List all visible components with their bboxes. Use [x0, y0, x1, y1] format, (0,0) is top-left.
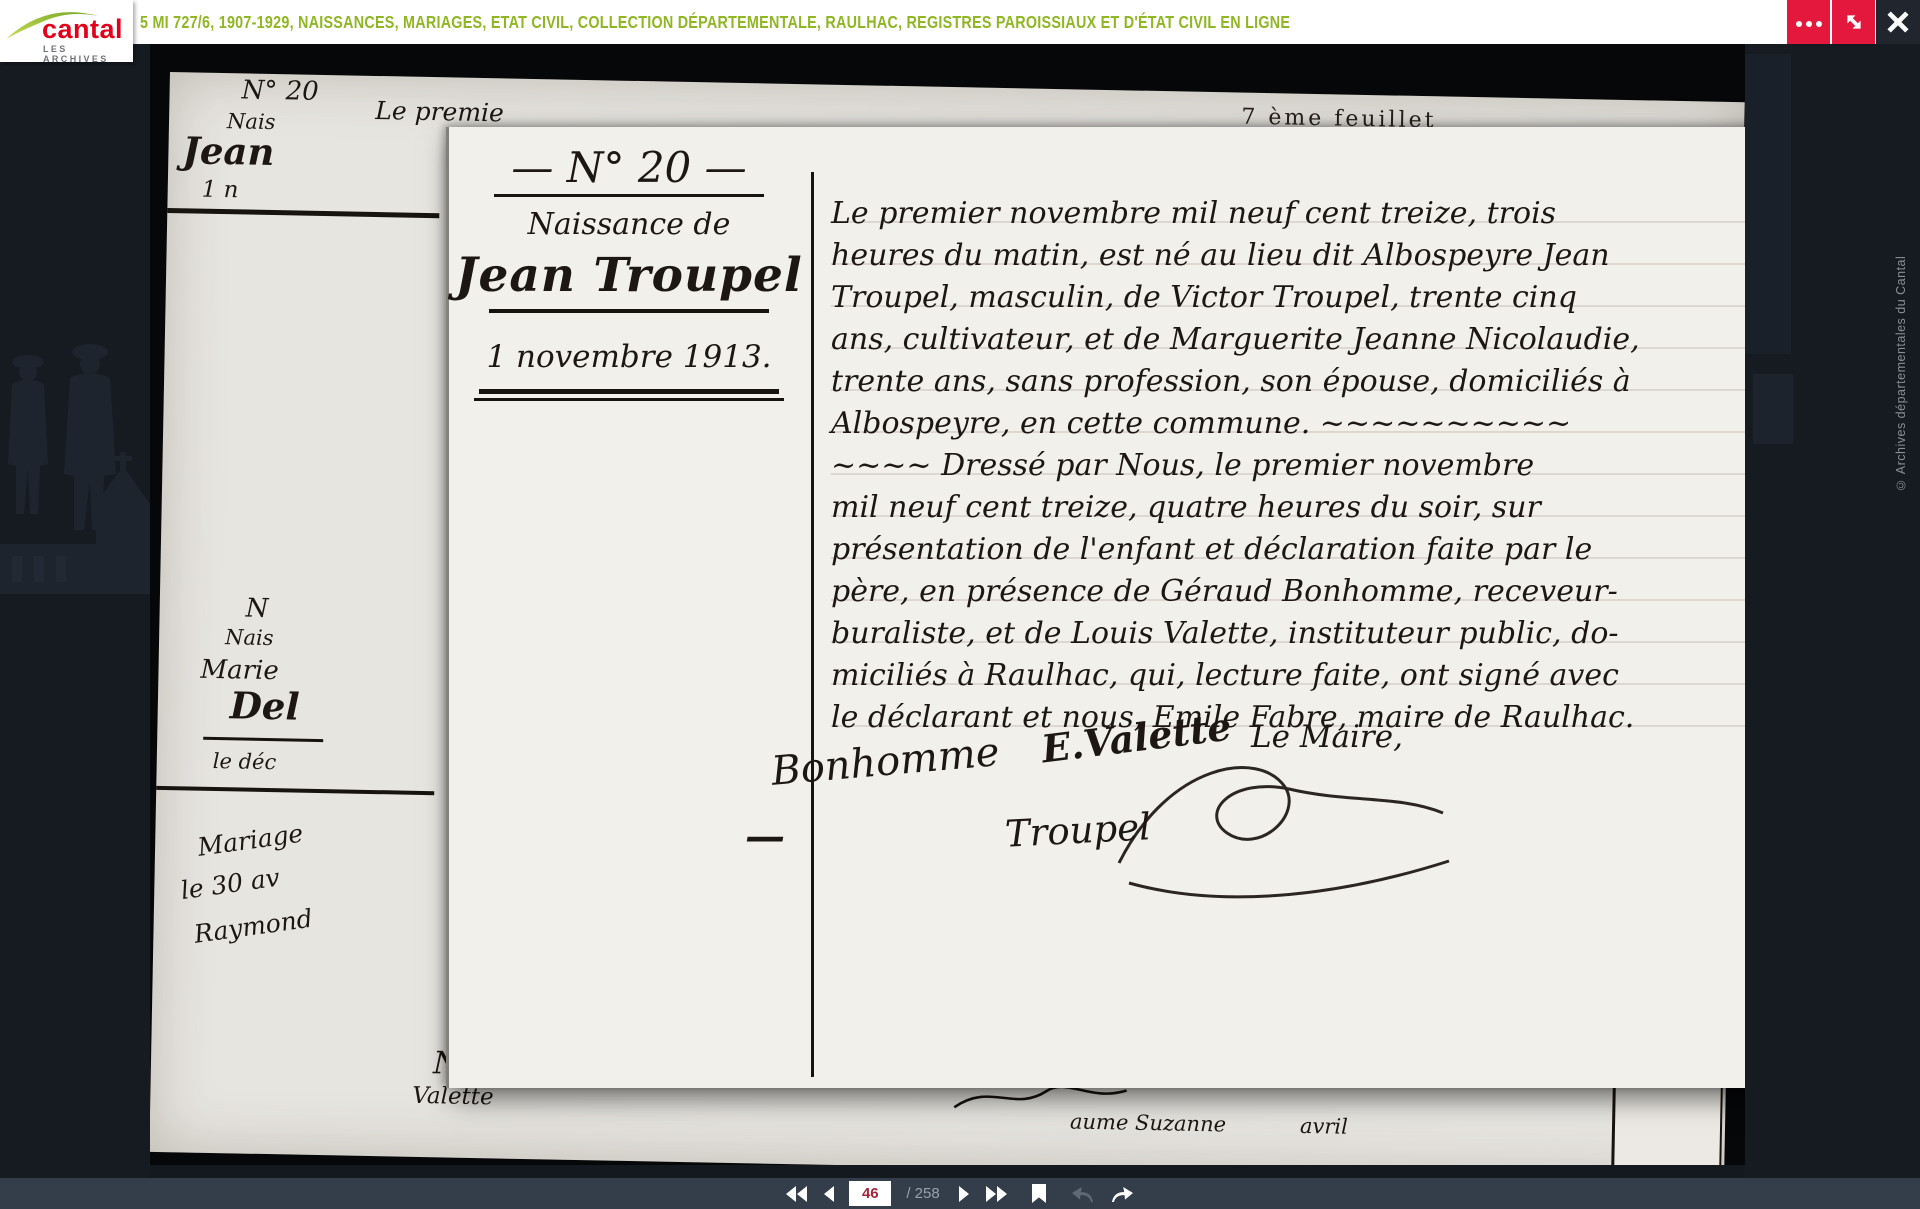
- act-line: ans, cultivateur, et de Marguerite Jeann…: [831, 319, 1745, 361]
- next-page-icon: [957, 1185, 971, 1203]
- signature-bonhomme: Bonhomme: [769, 729, 1001, 795]
- share-icon: [1109, 1184, 1135, 1204]
- top-bar: 5 MI 727/6, 1907-1929, NAISSANCES, MARIA…: [0, 0, 1920, 44]
- logo-subtitle: LES ARCHIVES: [43, 44, 133, 64]
- act-line: père, en présence de Géraud Bonhomme, re…: [831, 571, 1745, 613]
- mid-margin-2: Nais: [225, 625, 274, 650]
- copyright-watermark: © Archives départementales du Cantal: [1894, 72, 1908, 492]
- act-line: miciliés à Raulhac, qui, lecture faite, …: [831, 655, 1745, 697]
- mid-margin-5: le déc: [213, 749, 277, 774]
- last-page-icon: [984, 1185, 1008, 1203]
- act-date: 1 novembre 1913.: [449, 339, 809, 375]
- undo-button[interactable]: [1070, 1182, 1096, 1206]
- act-line: Le premier novembre mil neuf cent treize…: [831, 193, 1745, 235]
- share-button[interactable]: [1109, 1182, 1135, 1206]
- fullscreen-button[interactable]: [1832, 0, 1875, 44]
- margin-divider-rule: [811, 172, 814, 1077]
- act-number: — N° 20 —: [449, 143, 809, 192]
- previous-page-icon: [822, 1185, 836, 1203]
- act-line: présentation de l'enfant et déclaration …: [831, 529, 1745, 571]
- mayor-signature-flourish: [1099, 743, 1479, 913]
- archive-ghost-image: [0, 334, 150, 594]
- scanned-register-image[interactable]: N° 20 Nais Jean 1 n Le premie 7 ème feui…: [150, 44, 1745, 1165]
- first-page-icon: [785, 1185, 809, 1203]
- act-margin-block: — N° 20 — Naissance de Jean Troupel 1 no…: [449, 127, 809, 401]
- mid-margin-4: Del: [229, 683, 300, 728]
- act-line: ~~~~ Dressé par Nous, le premier novembr…: [831, 445, 1745, 487]
- next-page-button[interactable]: [957, 1182, 971, 1206]
- act-line: heures du matin, est né au lieu dit Albo…: [831, 235, 1745, 277]
- archive-ghost-image-right: [1745, 54, 1805, 474]
- act-type-label: Naissance de: [449, 207, 809, 242]
- bottom-toolbar: / 258: [0, 1178, 1920, 1209]
- act-line: mil neuf cent treize, quatre heures du s…: [831, 487, 1745, 529]
- previous-page-button[interactable]: [822, 1182, 836, 1206]
- document-title: 5 MI 727/6, 1907-1929, NAISSANCES, MARIA…: [140, 0, 1290, 44]
- mid-margin-1: N: [245, 594, 268, 624]
- cantal-archives-logo[interactable]: cantal LES ARCHIVES: [0, 0, 133, 62]
- act-line: Troupel, masculin, de Victor Troupel, tr…: [831, 277, 1745, 319]
- bottom-margin-1: Mariage: [196, 819, 305, 862]
- base-act-text-fragment: Le premie: [375, 96, 504, 127]
- background-montage-right: © Archives départementales du Cantal: [1745, 44, 1920, 1178]
- first-page-button[interactable]: [785, 1182, 809, 1206]
- undo-icon: [1070, 1184, 1096, 1204]
- act-line: buraliste, et de Louis Valette, institut…: [831, 613, 1745, 655]
- bottom-margin-2: le 30 av: [179, 863, 282, 905]
- close-icon: [1886, 10, 1910, 34]
- signature-dash: —: [745, 813, 785, 860]
- act-line: Albospeyre, en cette commune. ~~~~~~~~~~: [831, 403, 1745, 445]
- more-options-icon: [1794, 15, 1824, 30]
- page-count-label: / 258: [906, 1185, 939, 1202]
- logo-text: cantal: [42, 16, 123, 43]
- act-text-block: Le premier novembre mil neuf cent treize…: [831, 193, 1745, 739]
- base-act-date: 1 n: [201, 177, 238, 204]
- document-viewer: N° 20 Nais Jean 1 n Le premie 7 ème feui…: [0, 44, 1920, 1178]
- last-page-button[interactable]: [984, 1182, 1008, 1206]
- base-act-name: Jean: [182, 128, 275, 174]
- background-montage-left: [0, 44, 150, 1178]
- bottom-fragment-right: avril: [1300, 1114, 1348, 1139]
- base-act-number: N° 20: [241, 75, 319, 106]
- mid-margin-3: Marie: [200, 655, 279, 686]
- close-button[interactable]: [1876, 0, 1920, 44]
- bookmark-icon: [1031, 1184, 1047, 1204]
- bottom-margin-3: Raymond: [192, 904, 314, 949]
- act-line: trente ans, sans profession, son épouse,…: [831, 361, 1745, 403]
- act-person-name: Jean Troupel: [449, 248, 809, 303]
- magnifier-overlay: — N° 20 — Naissance de Jean Troupel 1 no…: [446, 127, 1745, 1088]
- bottom-fragment-left: aume Suzanne: [1070, 1109, 1226, 1136]
- page-number-input[interactable]: [849, 1181, 891, 1206]
- bookmark-button[interactable]: [1031, 1182, 1047, 1206]
- fullscreen-icon: [1843, 11, 1865, 33]
- more-options-button[interactable]: [1787, 0, 1830, 44]
